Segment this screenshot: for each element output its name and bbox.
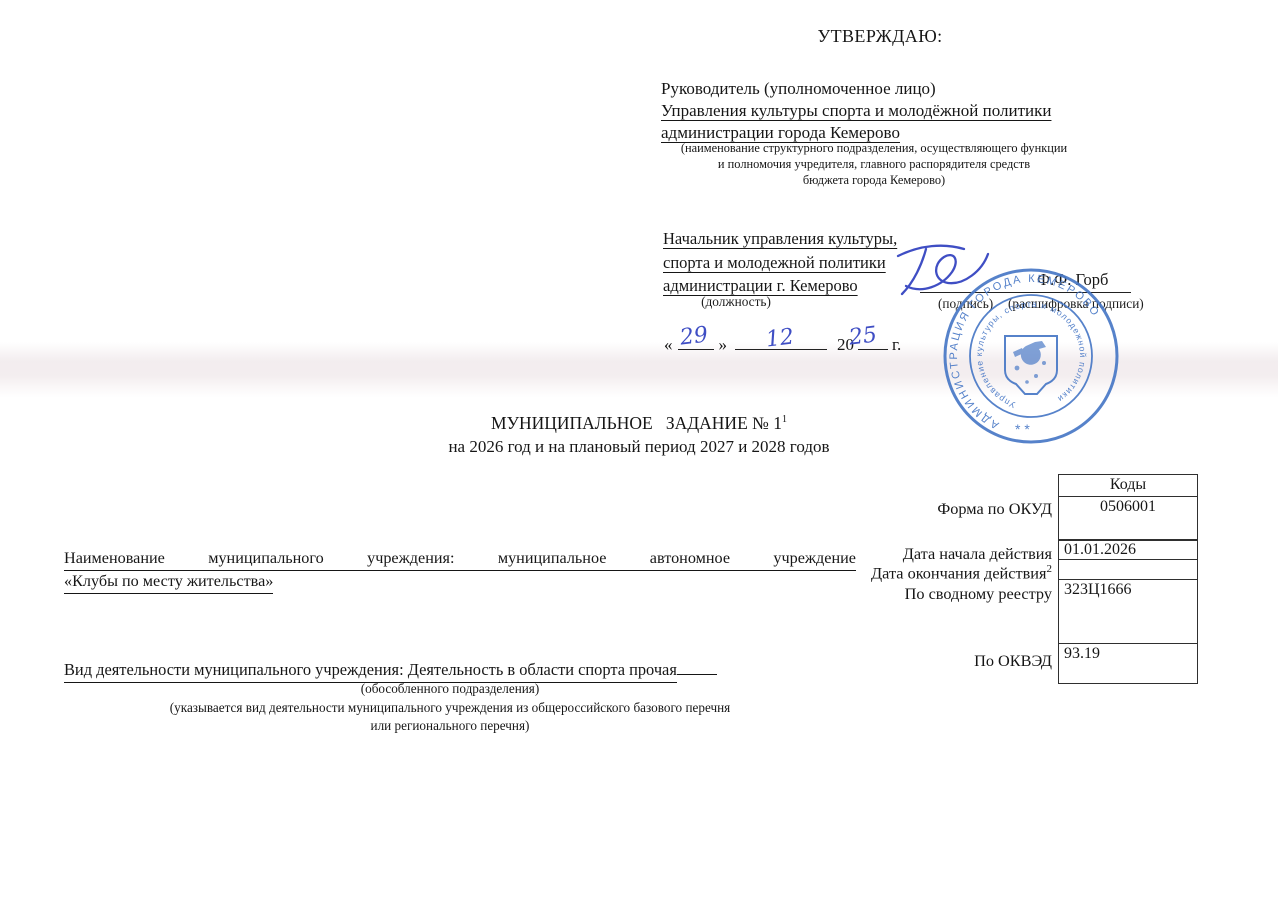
position-caption: (должность) [666, 294, 806, 310]
activity-note: (обособленного подразделения) [64, 681, 836, 697]
document-page: УТВЕРЖДАЮ: Руководитель (уполномоченное … [0, 0, 1278, 901]
codes-date-start-cell: 01.01.2026 [1058, 539, 1198, 560]
approver-note-line: и полномочия учредителя, главного распор… [661, 157, 1087, 173]
activity-line: Вид деятельности муниципального учрежден… [64, 656, 717, 683]
approver-note-line: бюджета города Кемерово) [661, 173, 1087, 189]
label-date-end-footnote: 2 [1047, 563, 1053, 575]
signer-position-line: спорта и молодежной политики [663, 253, 886, 272]
codes-table: Коды 0506001 01.01.2026 323Ц1666 93.19 [1058, 474, 1198, 684]
signer-position-block: Начальник управления культуры, спорта и … [663, 227, 897, 298]
handwritten-day: 29 [679, 322, 710, 350]
approver-note: (наименование структурного подразделения… [661, 141, 1087, 188]
approve-heading: УТВЕРЖДАЮ: [660, 26, 1100, 47]
official-stamp: АДМИНИСТРАЦИЯ ГОРОДА КЕМЕРОВО Управление… [941, 263, 1121, 449]
activity-note: (указывается вид деятельности муниципаль… [64, 700, 836, 716]
institution-name-line2-text: «Клубы по месту жительства» [64, 572, 273, 594]
approver-line: Управления культуры спорта и молодёжной … [661, 100, 1161, 122]
stamp-stars: * * [1015, 421, 1030, 437]
title-footnote-mark: 1 [782, 414, 787, 425]
handwritten-month: 12 [765, 324, 796, 352]
date-close-quote: » [719, 335, 728, 354]
document-title-text: МУНИЦИПАЛЬНОЕ ЗАДАНИЕ № 1 [491, 413, 782, 433]
label-okud: Форма по ОКУД [937, 499, 1052, 519]
codes-date-end-cell [1058, 559, 1198, 580]
date-suffix: г. [892, 335, 901, 354]
codes-okud-cell: 0506001 [1058, 496, 1198, 541]
label-registry: По сводному реестру [905, 584, 1052, 604]
handwritten-year: 25 [848, 322, 879, 350]
codes-header-cell: Коды [1058, 474, 1198, 497]
activity-note: или регионального перечня) [64, 718, 836, 734]
activity-blank-tail [677, 656, 717, 675]
codes-registry-cell: 323Ц1666 [1058, 579, 1198, 644]
label-date-start: Дата начала действия [903, 544, 1052, 564]
signer-position-line: администрации г. Кемерово [663, 276, 858, 295]
approver-note-line: (наименование структурного подразделения… [661, 141, 1087, 157]
label-okved: По ОКВЭД [974, 651, 1052, 671]
label-date-end: Дата окончания действия2 [871, 563, 1052, 583]
approver-block: Руководитель (уполномоченное лицо) Управ… [661, 78, 1161, 144]
label-date-end-text: Дата окончания действия [871, 563, 1046, 582]
approver-line: Руководитель (уполномоченное лицо) [661, 78, 1161, 100]
activity-text: Вид деятельности муниципального учрежден… [64, 660, 677, 683]
codes-okved-cell: 93.19 [1058, 643, 1198, 684]
date-open-quote: « [664, 335, 673, 354]
institution-name-line2: «Клубы по месту жительства» [64, 572, 273, 594]
stamp-emblem [1013, 341, 1046, 384]
signer-position-line: Начальник управления культуры, [663, 229, 897, 248]
institution-name-line1: Наименование муниципального учреждения: … [64, 549, 856, 571]
